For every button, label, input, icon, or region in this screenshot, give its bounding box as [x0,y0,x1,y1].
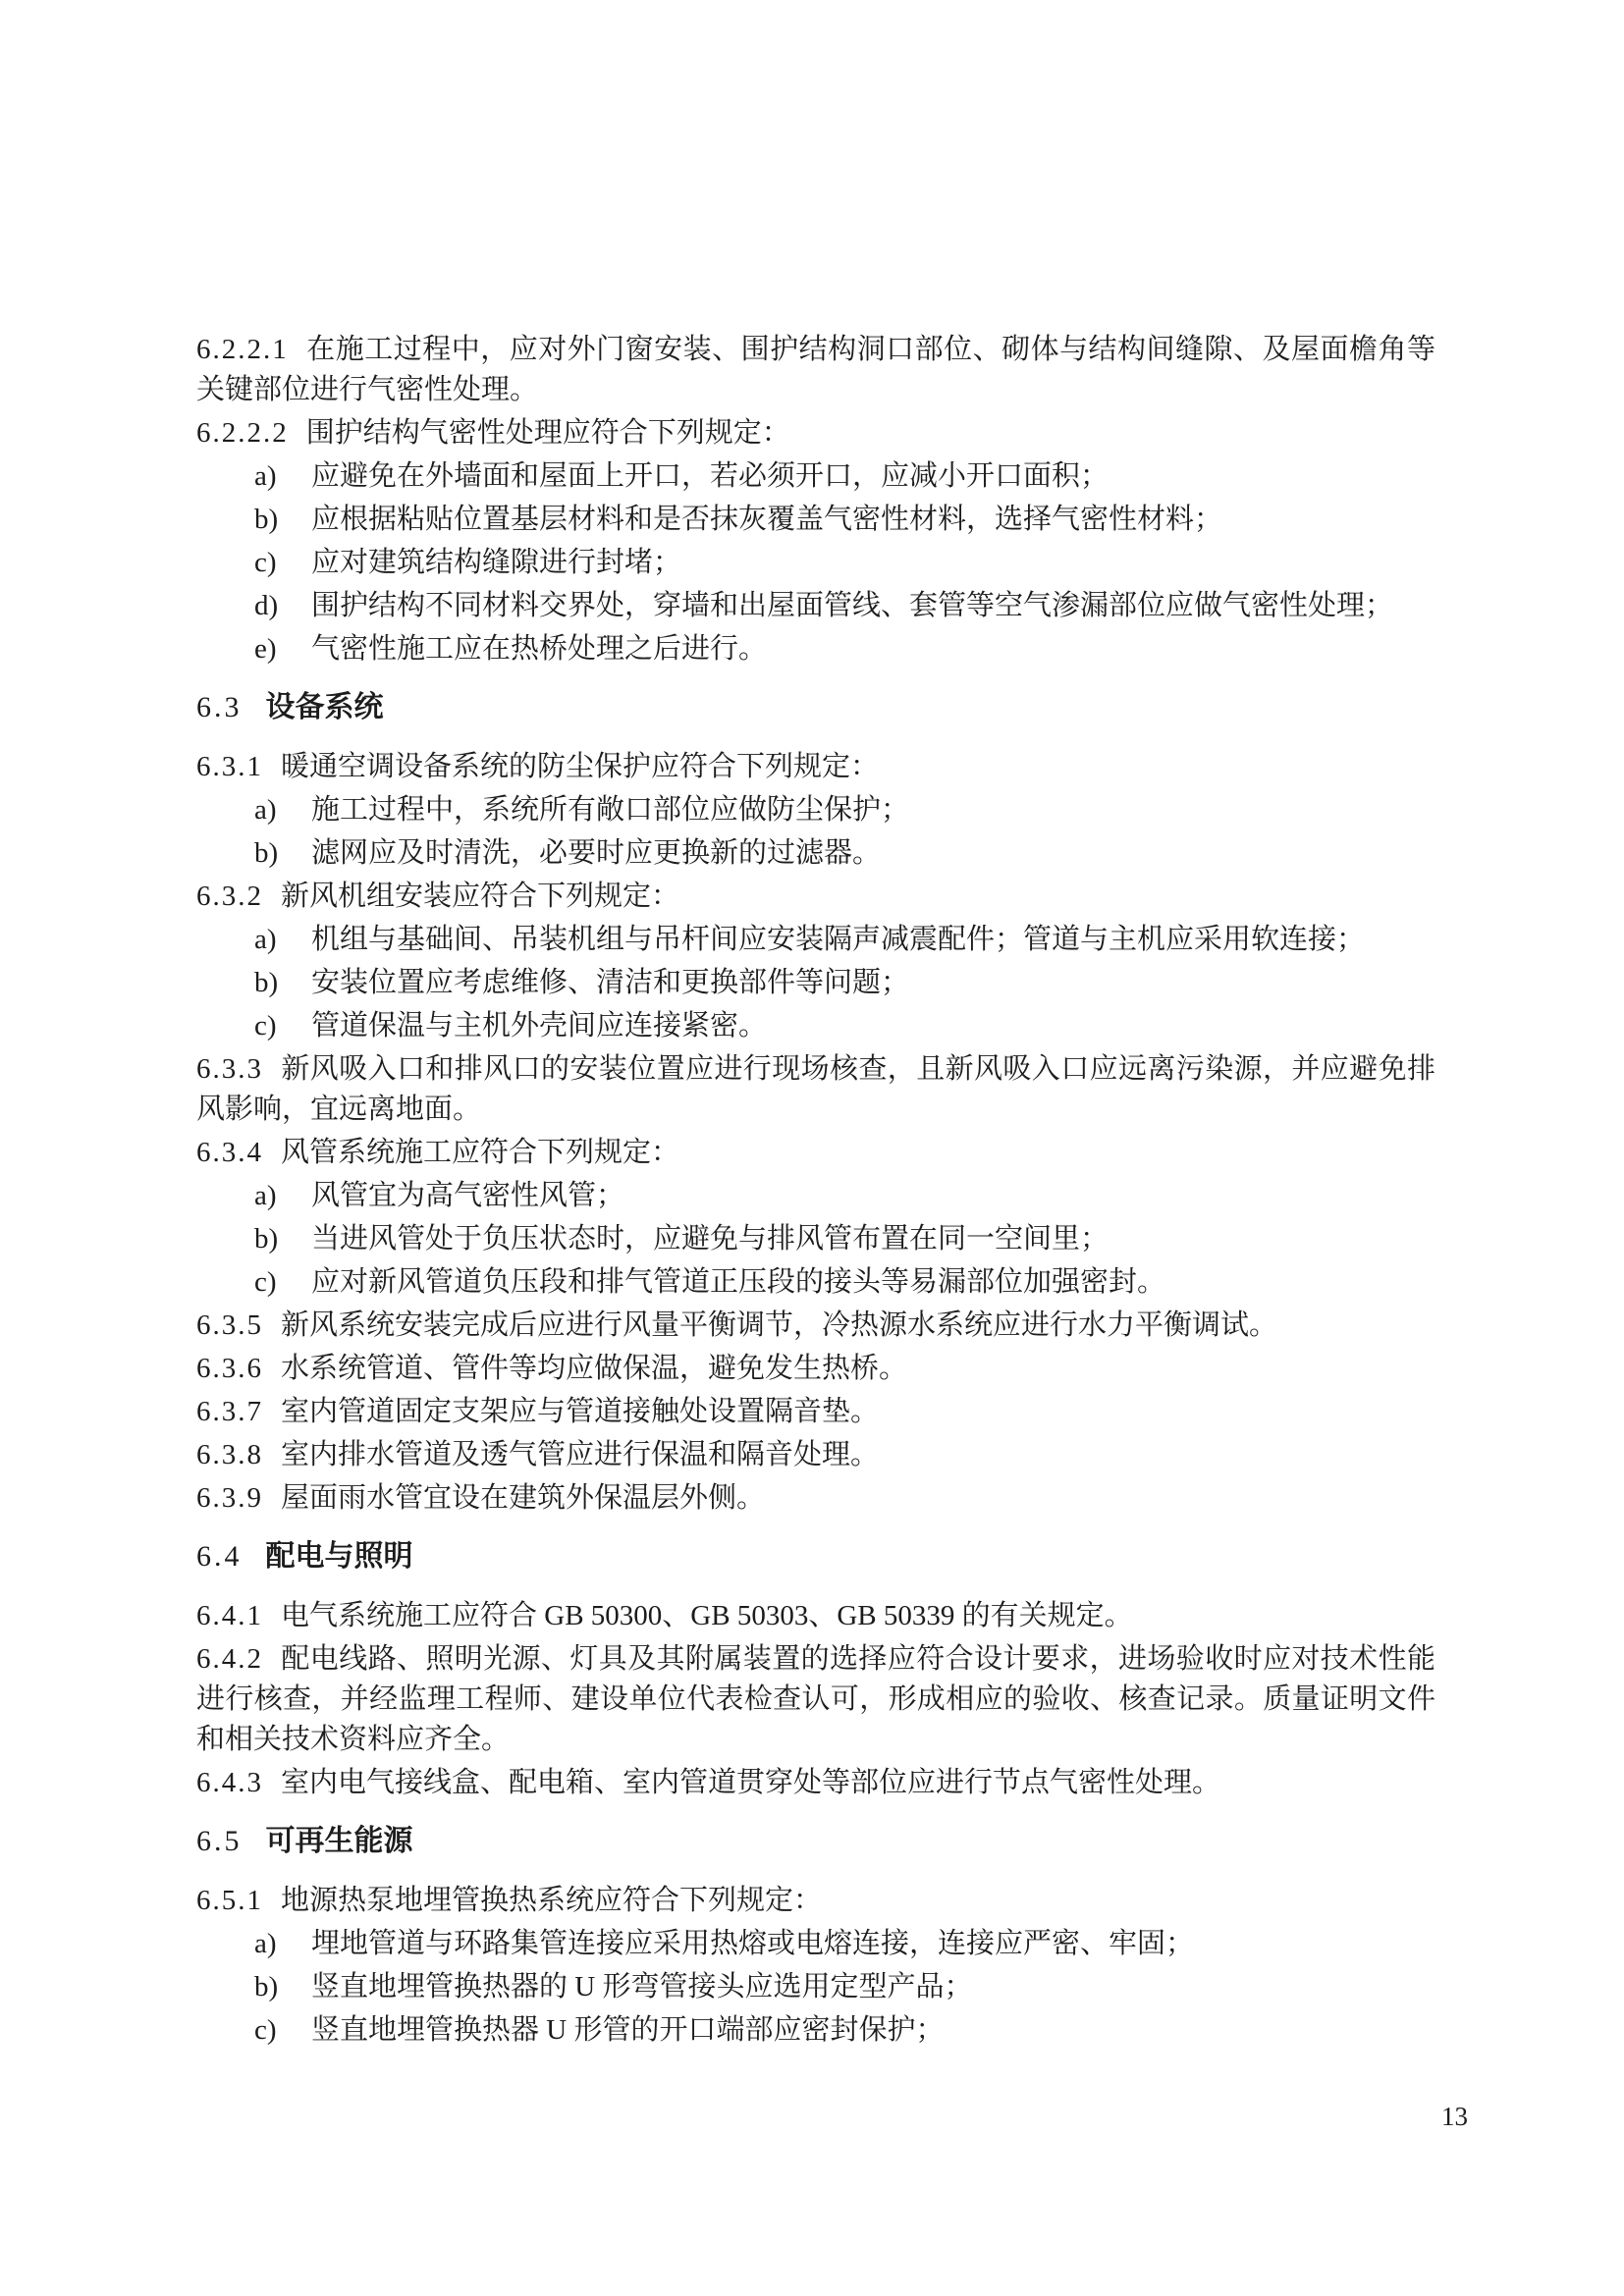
list-item-text: 围护结构不同材料交界处，穿墙和出屋面管线、套管等空气渗漏部位应做气密性处理； [311,590,1393,621]
clause: 6.3.4风管系统施工应符合下列规定： [196,1133,1435,1173]
list-item-text: 埋地管道与环路集管连接应采用热熔或电熔连接，连接应严密、牢固； [311,1928,1194,1959]
section-heading-title: 配电与照明 [266,1540,413,1573]
section-heading-title: 设备系统 [266,691,384,723]
clause: 6.3.3新风吸入口和排风口的安装位置应进行现场核查，且新风吸入口应远离污染源，… [196,1049,1435,1130]
list-item-text: 应对建筑结构缝隙进行封堵； [311,547,681,578]
clause-text: 室内电气接线盒、配电箱、室内管道贯穿处等部位应进行节点气密性处理。 [281,1767,1220,1798]
list-item: a)埋地管道与环路集管连接应采用热熔或电熔连接，连接应严密、牢固； [196,1924,1435,1964]
clause: 6.3.7室内管道固定支架应与管道接触处设置隔音垫。 [196,1392,1435,1432]
clause-text: 室内排水管道及透气管应进行保温和隔音处理。 [281,1439,879,1470]
clause-number: 6.3.3 [196,1053,263,1085]
clause-number: 6.3.5 [196,1309,263,1341]
list-item-text: 安装位置应考虑维修、清洁和更换部件等问题； [311,967,909,998]
clause-number: 6.3.8 [196,1439,263,1470]
clause-text: 新风机组安装应符合下列规定： [281,881,679,912]
clause-text: 电气系统施工应符合 GB 50300、GB 50303、GB 50339 的有关… [281,1600,1133,1631]
clause: 6.2.2.2围护结构气密性处理应符合下列规定： [196,413,1435,454]
clause: 6.4.1电气系统施工应符合 GB 50300、GB 50303、GB 5033… [196,1596,1435,1636]
list-item-text: 应根据粘贴位置基层材料和是否抹灰覆盖气密性材料，选择气密性材料； [311,504,1222,535]
clause-text: 室内管道固定支架应与管道接触处设置隔音垫。 [281,1396,879,1427]
list-item-label: c) [254,1262,277,1303]
section-heading-number: 6.5 [196,1825,243,1857]
clause-text: 新风吸入口和排风口的安装位置应进行现场核查，且新风吸入口应远离污染源，并应避免排… [196,1053,1435,1125]
clause-number: 6.3.1 [196,751,263,782]
section-heading: 6.3设备系统 [196,687,1435,727]
list-item-text: 竖直地埋管换热器的 U 形弯管接头应选用定型产品； [311,1971,972,2002]
clause-text: 暖通空调设备系统的防尘保护应符合下列规定： [281,751,879,782]
list-item: c)管道保温与主机外壳间应连接紧密。 [196,1006,1435,1046]
clause-number: 6.3.2 [196,881,263,912]
list-item: b)滤网应及时清洗，必要时应更换新的过滤器。 [196,833,1435,874]
clause: 6.3.6水系统管道、管件等均应做保温，避免发生热桥。 [196,1349,1435,1389]
section-heading-number: 6.4 [196,1540,243,1573]
list-item-text: 竖直地埋管换热器 U 形管的开口端部应密封保护； [311,2014,944,2046]
clause: 6.3.1暖通空调设备系统的防尘保护应符合下列规定： [196,747,1435,787]
section-heading-title: 可再生能源 [266,1825,413,1857]
document-page: 6.2.2.1在施工过程中，应对外门窗安装、围护结构洞口部位、砌体与结构间缝隙、… [0,0,1624,2296]
clause-number: 6.5.1 [196,1885,263,1916]
section-heading-number: 6.3 [196,691,243,723]
clause: 6.4.3室内电气接线盒、配电箱、室内管道贯穿处等部位应进行节点气密性处理。 [196,1763,1435,1803]
list-item-label: b) [254,500,278,540]
list-item: a)风管宜为高气密性风管； [196,1176,1435,1216]
list-item: b)安装位置应考虑维修、清洁和更换部件等问题； [196,963,1435,1003]
section-heading: 6.5可再生能源 [196,1821,1435,1861]
list-item: a)施工过程中，系统所有敞口部位应做防尘保护； [196,790,1435,830]
list-item-label: a) [254,790,277,830]
clause: 6.3.5新风系统安装完成后应进行风量平衡调节，冷热源水系统应进行水力平衡调试。 [196,1306,1435,1346]
clause-text: 新风系统安装完成后应进行风量平衡调节，冷热源水系统应进行水力平衡调试。 [281,1309,1277,1341]
list-item-label: b) [254,963,278,1003]
clause-text: 地源热泵地埋管换热系统应符合下列规定： [281,1885,822,1916]
clause-number: 6.2.2.2 [196,417,289,449]
clause: 6.3.8室内排水管道及透气管应进行保温和隔音处理。 [196,1435,1435,1475]
list-item-text: 滤网应及时清洗，必要时应更换新的过滤器。 [311,837,881,869]
clause-text: 围护结构气密性处理应符合下列规定： [306,417,790,449]
clause-number: 6.3.9 [196,1482,263,1514]
list-item-label: b) [254,1219,278,1259]
list-item-text: 施工过程中，系统所有敞口部位应做防尘保护； [311,794,909,826]
page-number: 13 [1441,2101,1468,2132]
list-item-text: 应避免在外墙面和屋面上开口，若必须开口，应减小开口面积； [311,460,1109,492]
list-item-label: c) [254,1006,277,1046]
list-item-label: c) [254,543,277,583]
clause: 6.3.9屋面雨水管宜设在建筑外保温层外侧。 [196,1478,1435,1519]
clause-number: 6.3.7 [196,1396,263,1427]
list-item: b)应根据粘贴位置基层材料和是否抹灰覆盖气密性材料，选择气密性材料； [196,500,1435,540]
clause-number: 6.2.2.1 [196,334,289,365]
clause-number: 6.3.6 [196,1353,263,1384]
list-item: a)机组与基础间、吊装机组与吊杆间应安装隔声减震配件；管道与主机应采用软连接； [196,920,1435,960]
list-item: d)围护结构不同材料交界处，穿墙和出屋面管线、套管等空气渗漏部位应做气密性处理； [196,586,1435,626]
clause-number: 6.4.2 [196,1643,263,1675]
section-heading: 6.4配电与照明 [196,1536,1435,1576]
clause-text: 风管系统施工应符合下列规定： [281,1137,679,1168]
clause-text: 屋面雨水管宜设在建筑外保温层外侧。 [281,1482,765,1514]
list-item: a)应避免在外墙面和屋面上开口，若必须开口，应减小开口面积； [196,456,1435,497]
list-item-label: b) [254,833,278,874]
list-item-text: 机组与基础间、吊装机组与吊杆间应安装隔声减震配件；管道与主机应采用软连接； [311,924,1365,955]
clause: 6.2.2.1在施工过程中，应对外门窗安装、围护结构洞口部位、砌体与结构间缝隙、… [196,330,1435,410]
clause: 6.4.2配电线路、照明光源、灯具及其附属装置的选择应符合设计要求，进场验收时应… [196,1639,1435,1760]
list-item-label: e) [254,629,277,669]
list-item-text: 当进风管处于负压状态时，应避免与排风管布置在同一空间里； [311,1223,1109,1255]
list-item-label: a) [254,920,277,960]
clause: 6.3.2新风机组安装应符合下列规定： [196,877,1435,917]
list-item-text: 应对新风管道负压段和排气管道正压段的接头等易漏部位加强密封。 [311,1266,1165,1298]
list-item: c)应对建筑结构缝隙进行封堵； [196,543,1435,583]
clause-number: 6.4.1 [196,1600,263,1631]
list-item-label: b) [254,1967,278,2007]
document-body: 6.2.2.1在施工过程中，应对外门窗安装、围护结构洞口部位、砌体与结构间缝隙、… [196,330,1435,2054]
list-item-label: a) [254,1176,277,1216]
list-item: e)气密性施工应在热桥处理之后进行。 [196,629,1435,669]
list-item-label: d) [254,586,278,626]
clause-number: 6.3.4 [196,1137,263,1168]
clause-text: 水系统管道、管件等均应做保温，避免发生热桥。 [281,1353,907,1384]
clause-text: 在施工过程中，应对外门窗安装、围护结构洞口部位、砌体与结构间缝隙、及屋面檐角等关… [196,334,1435,405]
clause: 6.5.1地源热泵地埋管换热系统应符合下列规定： [196,1881,1435,1921]
list-item-text: 管道保温与主机外壳间应连接紧密。 [311,1010,767,1041]
list-item-text: 风管宜为高气密性风管； [311,1180,624,1211]
list-item-label: a) [254,456,277,497]
list-item-label: a) [254,1924,277,1964]
list-item: b)竖直地埋管换热器的 U 形弯管接头应选用定型产品； [196,1967,1435,2007]
list-item: c)竖直地埋管换热器 U 形管的开口端部应密封保护； [196,2010,1435,2051]
list-item-label: c) [254,2010,277,2051]
clause-text: 配电线路、照明光源、灯具及其附属装置的选择应符合设计要求，进场验收时应对技术性能… [196,1643,1435,1755]
list-item: b)当进风管处于负压状态时，应避免与排风管布置在同一空间里； [196,1219,1435,1259]
list-item: c)应对新风管道负压段和排气管道正压段的接头等易漏部位加强密封。 [196,1262,1435,1303]
list-item-text: 气密性施工应在热桥处理之后进行。 [311,633,767,665]
clause-number: 6.4.3 [196,1767,263,1798]
